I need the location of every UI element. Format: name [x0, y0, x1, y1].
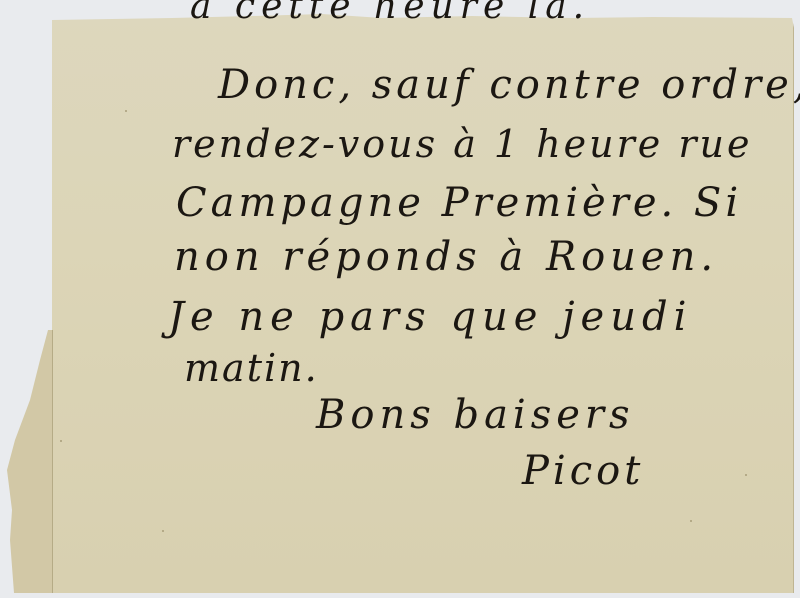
letter-line-3: rendez-vous à 1 heure rue: [172, 122, 753, 166]
letter-line-2: Donc, sauf contre ordre,: [218, 62, 800, 108]
paper-edge-line: [52, 330, 53, 593]
letter-signature: Picot: [522, 448, 644, 494]
paper-speck: [125, 110, 127, 112]
letter-line-1: à cette heure là.: [190, 0, 590, 27]
letter-line-4: Campagne Première. Si: [176, 180, 742, 226]
paper-speck: [690, 520, 692, 522]
paper-speck: [162, 530, 164, 532]
letter-closing: Bons baisers: [316, 392, 635, 438]
letter-line-7: matin.: [184, 346, 319, 390]
letter-line-6: Je ne pars que jeudi: [168, 294, 692, 340]
letter-line-5: non réponds à Rouen.: [174, 234, 718, 280]
paper-speck: [745, 474, 747, 476]
paper-speck: [60, 440, 62, 442]
